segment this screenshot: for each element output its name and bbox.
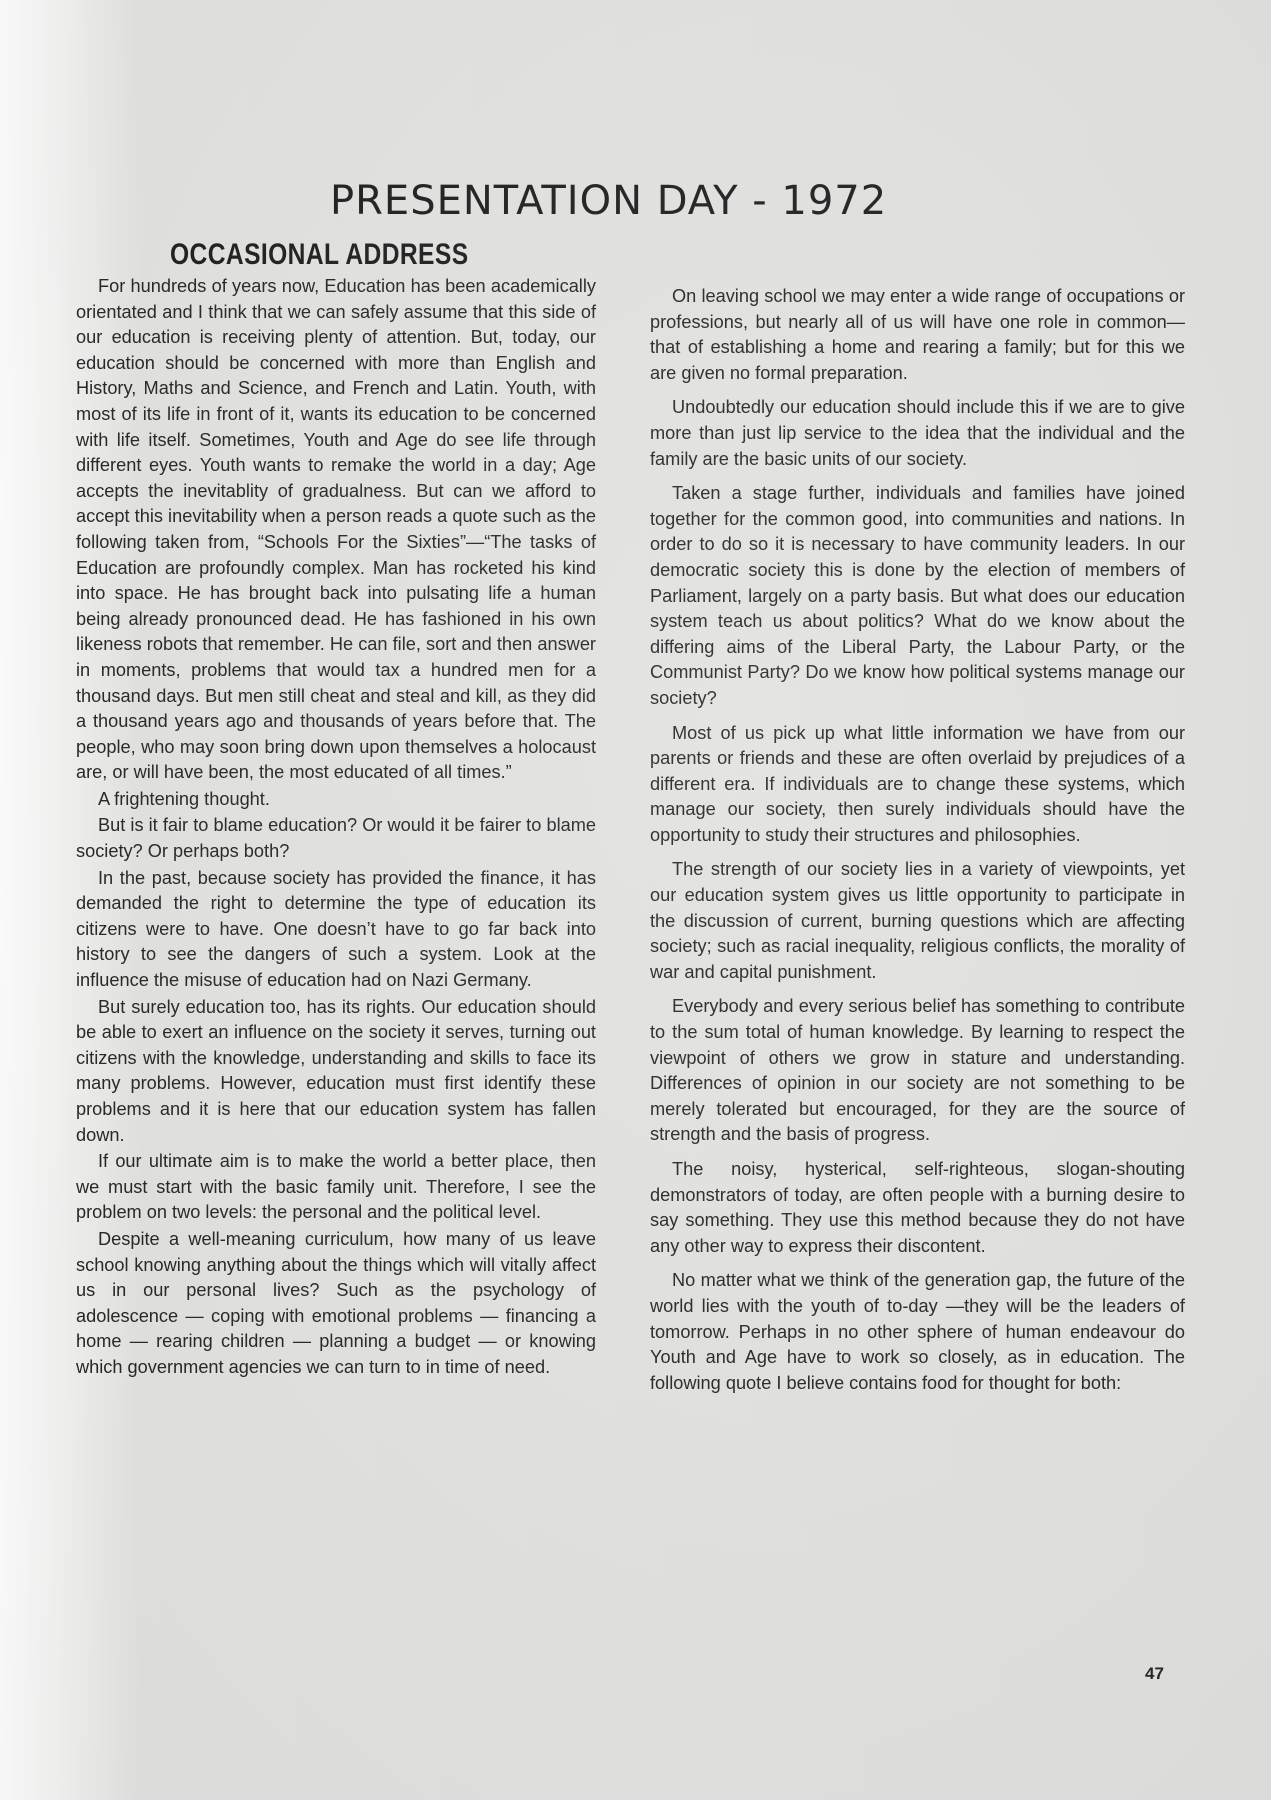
paragraph: Undoubtedly our education should include… xyxy=(650,395,1185,472)
left-text-column: For hundreds of years now, Education has… xyxy=(76,274,596,1382)
paragraph: If our ultimate aim is to make the world… xyxy=(76,1149,596,1226)
paragraph: For hundreds of years now, Education has… xyxy=(76,274,596,786)
section-heading: OCCASIONAL ADDRESS xyxy=(170,238,469,272)
page-title: PRESENTATION DAY - 1972 xyxy=(330,178,970,224)
paragraph: The strength of our society lies in a va… xyxy=(650,857,1185,985)
paragraph: Most of us pick up what little informati… xyxy=(650,721,1185,849)
paragraph: The noisy, hysterical, self-righteous, s… xyxy=(650,1157,1185,1259)
paragraph: Taken a stage further, individuals and f… xyxy=(650,481,1185,711)
paragraph: No matter what we think of the generatio… xyxy=(650,1268,1185,1396)
magazine-page: PRESENTATION DAY - 1972 OCCASIONAL ADDRE… xyxy=(0,0,1271,1800)
paragraph: But is it fair to blame education? Or wo… xyxy=(76,813,596,864)
page-number: 47 xyxy=(1145,1664,1164,1684)
paragraph: Despite a well-meaning curriculum, how m… xyxy=(76,1227,596,1381)
paragraph: In the past, because society has provide… xyxy=(76,866,596,994)
paragraph: Everybody and every serious belief has s… xyxy=(650,994,1185,1148)
paragraph: But surely education too, has its rights… xyxy=(76,995,596,1149)
paragraph: On leaving school we may enter a wide ra… xyxy=(650,284,1185,386)
right-text-column: On leaving school we may enter a wide ra… xyxy=(650,284,1185,1405)
paragraph: A frightening thought. xyxy=(76,787,596,813)
